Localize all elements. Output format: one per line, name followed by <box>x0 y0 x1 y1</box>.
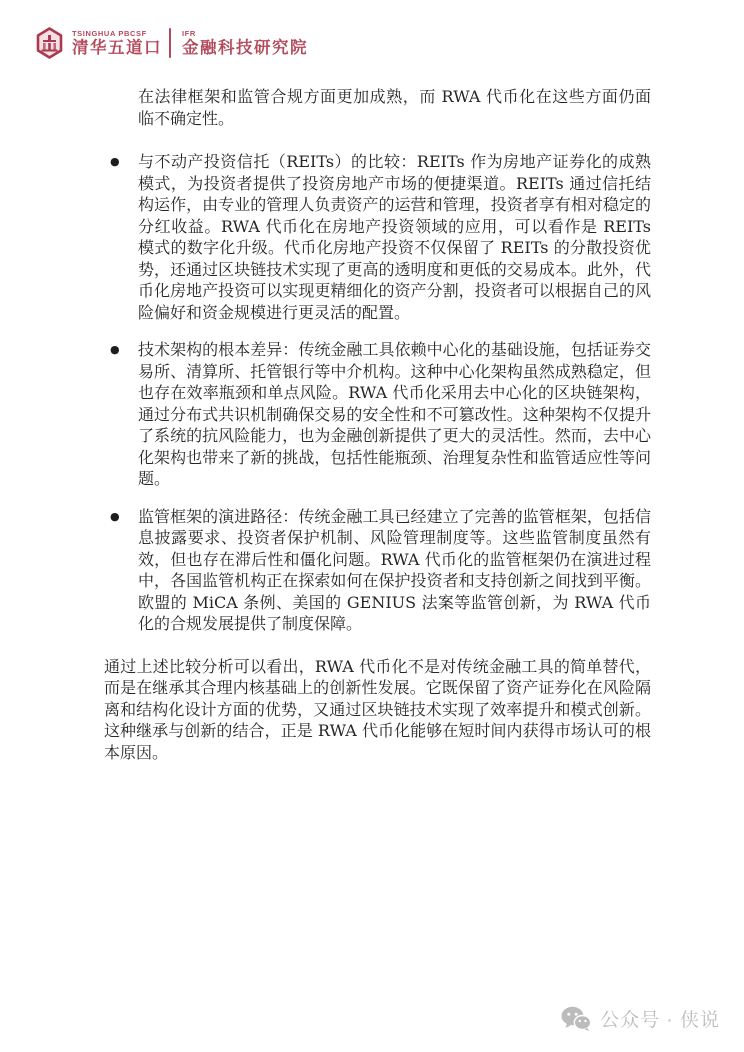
bullet-text: 技术架构的根本差异：传统金融工具依赖中心化的基础设施，包括证券交易所、清算所、托… <box>138 339 651 490</box>
bullet-marker: ● <box>104 151 138 323</box>
logo-left-column: TSINGHUA PBCSF 清华五道口 <box>72 29 162 58</box>
logo-left-cn: 清华五道口 <box>72 39 162 58</box>
paragraph-closing: 通过上述比较分析可以看出，RWA 代币化不是对传统金融工具的简单替代，而是在继承… <box>104 656 651 764</box>
logo-right-cn: 金融科技研究院 <box>182 39 308 58</box>
watermark-text: 公众号 · 侠说 <box>600 1005 720 1032</box>
bullet-marker: ● <box>104 506 138 635</box>
document-page: TSINGHUA PBCSF 清华五道口 IFR 金融科技研究院 在法律框架和监… <box>0 0 744 1052</box>
bullet-item-reits-comparison: ● 与不动产投资信托（REITs）的比较：REITs 作为房地产证券化的成熟模式… <box>104 151 651 323</box>
bullet-marker: ● <box>104 339 138 490</box>
watermark: 公众号 · 侠说 <box>561 1005 720 1032</box>
header: TSINGHUA PBCSF 清华五道口 IFR 金融科技研究院 <box>36 27 308 59</box>
bullet-text: 监管框架的演进路径：传统金融工具已经建立了完善的监管框架，包括信息披露要求、投资… <box>138 506 651 635</box>
tsinghua-pbcsf-hexagon-gate-icon <box>36 27 63 59</box>
logo-left-en: TSINGHUA PBCSF <box>72 29 162 38</box>
logo-right-column: IFR 金融科技研究院 <box>182 29 308 58</box>
bullet-item-regulatory-framework: ● 监管框架的演进路径：传统金融工具已经建立了完善的监管框架，包括信息披露要求、… <box>104 506 651 635</box>
wechat-icon <box>561 1006 591 1031</box>
logo-divider <box>169 28 171 58</box>
logo-right-en: IFR <box>182 29 308 38</box>
bullet-text: 与不动产投资信托（REITs）的比较：REITs 作为房地产证券化的成熟模式，为… <box>138 151 651 323</box>
document-body: 在法律框架和监管合规方面更加成熟，而 RWA 代币化在这些方面仍面临不确定性。 … <box>104 86 651 763</box>
paragraph-intro: 在法律框架和监管合规方面更加成熟，而 RWA 代币化在这些方面仍面临不确定性。 <box>138 86 651 129</box>
bullet-item-tech-architecture: ● 技术架构的根本差异：传统金融工具依赖中心化的基础设施，包括证券交易所、清算所… <box>104 339 651 490</box>
